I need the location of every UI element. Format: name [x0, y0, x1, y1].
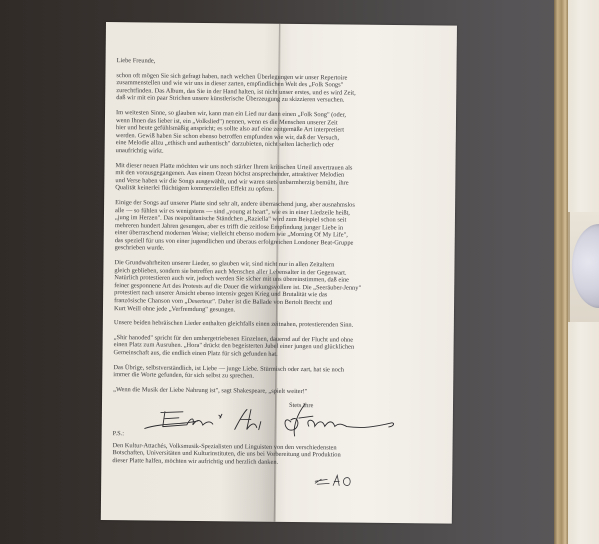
paragraph: „Wenn die Musik der Liebe Nahrung ist", … [113, 386, 419, 397]
letter-sheet: Liebe Freunde, schon oft mögen Sie sich … [101, 22, 457, 524]
handwritten-signature [113, 406, 419, 433]
paragraph: Mit dieser neuen Platte möchten wir uns … [115, 162, 421, 196]
paragraph: Unsere beiden hebräischen Lieder enthalt… [114, 319, 420, 330]
paragraph: schon oft mögen Sie sich gefragt haben, … [116, 72, 422, 106]
box-gold-strip [554, 0, 568, 544]
photo-scene: Liebe Freunde, schon oft mögen Sie sich … [0, 0, 599, 544]
paragraph: Einige der Songs auf unserer Platte sind… [115, 199, 422, 255]
handwritten-initials [112, 471, 418, 488]
vinyl-disc-edge [572, 224, 599, 308]
paragraph: Die Grundwahrheiten unserer Lieder, so g… [114, 259, 421, 315]
paragraph: Das Übrige, selbstverständlich, ist Lieb… [113, 364, 419, 382]
signature-icon [143, 402, 403, 439]
initials-icon [313, 474, 357, 488]
paragraph: Im weitesten Sinne, so glauben wir, kann… [116, 109, 422, 158]
disc-clip [568, 212, 599, 322]
letter-greeting: Liebe Freunde, [117, 57, 423, 68]
paragraph: „Shir hanoded" spricht für den umhergetr… [113, 334, 419, 360]
ps-paragraph: Den Kultur-Attachés, Volksmusik-Speziali… [112, 442, 418, 468]
letter-body: Liebe Freunde, schon oft mögen Sie sich … [112, 57, 422, 489]
